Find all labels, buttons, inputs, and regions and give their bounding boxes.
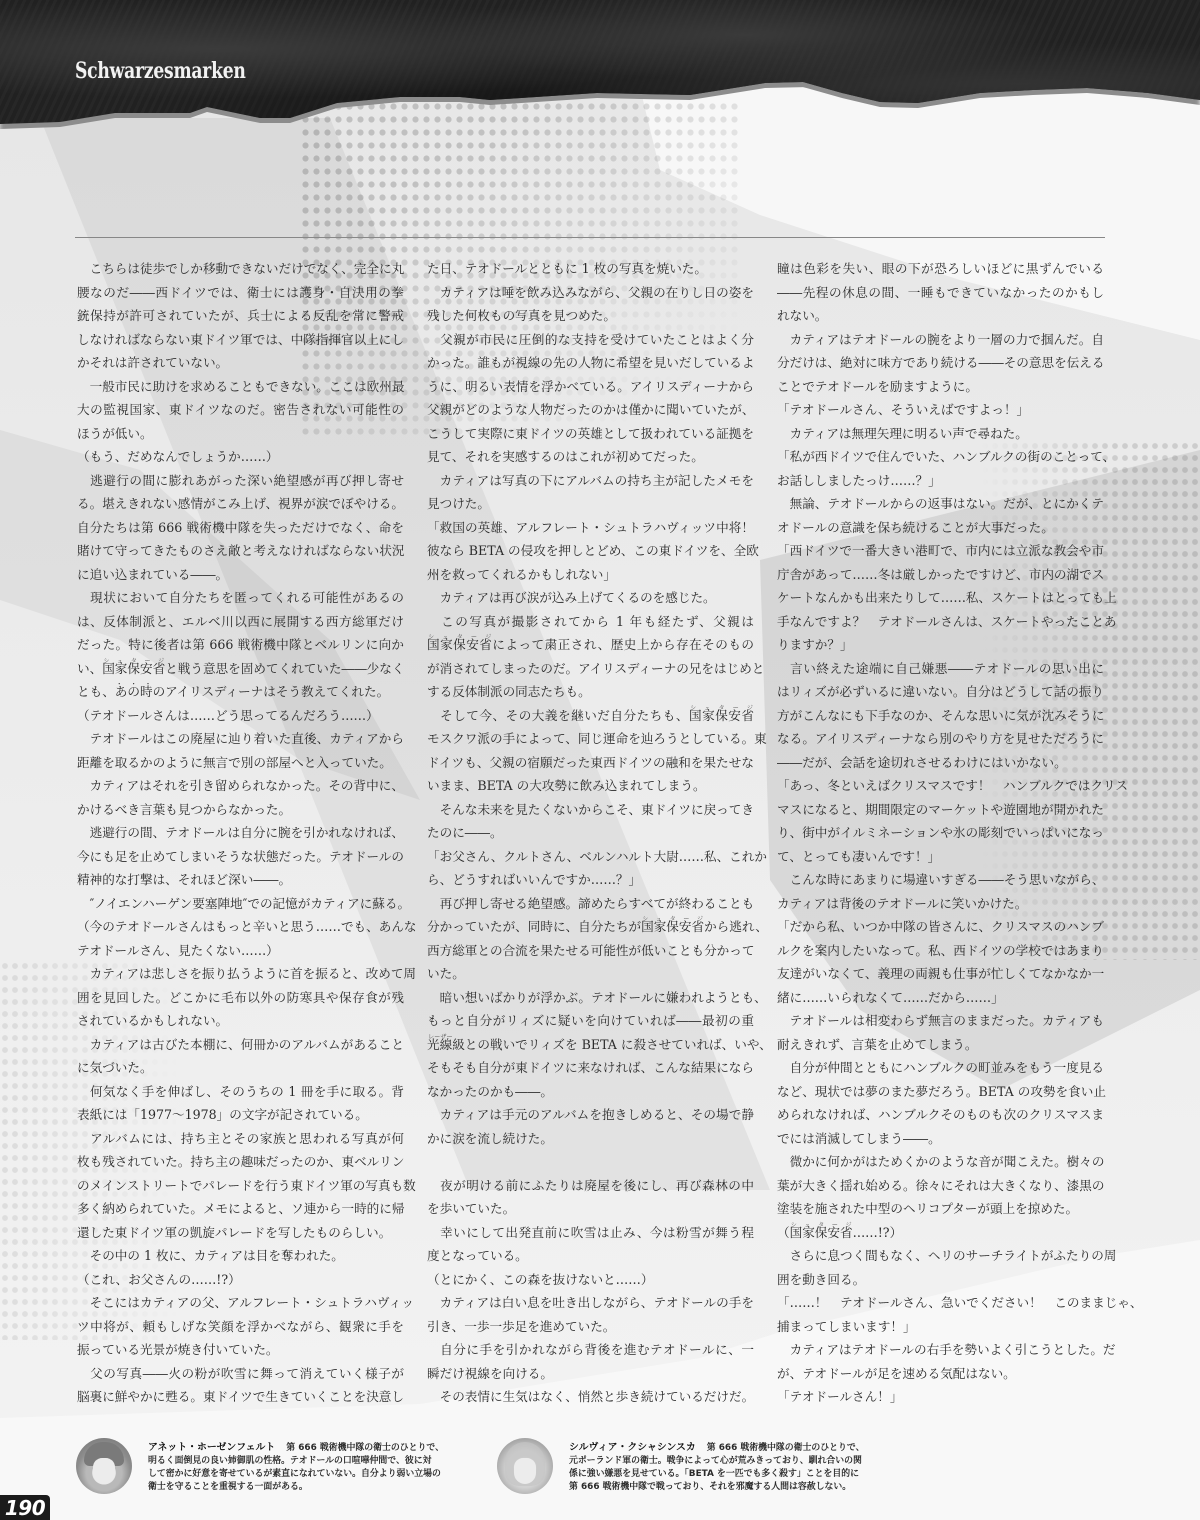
text-line: 還した東ドイツ軍の凱旋パレードを写したものらしい。	[77, 1221, 404, 1245]
profile-line: シルヴィア・クシャシンスカ第 666 戦術機中隊の衛士のひとりで、	[569, 1441, 864, 1455]
text-line: 「だから私、いつか中隊の皆さんに、クリスマスのハンブ	[777, 915, 1104, 939]
furigana: レーザー	[428, 1034, 451, 1041]
text-line: お話ししましたっけ……？」	[777, 469, 1104, 493]
text-line: のメインストリートでパレードを行う東ドイツ軍の写真も数	[77, 1174, 404, 1198]
text-line: た日、テオドールとともに 1 枚の写真を焼いた。	[427, 257, 754, 281]
series-title: Schwarzesmarken	[75, 58, 246, 84]
text-line: 友達がいなくて、義理の両親も仕事が忙しくてなかなか一	[777, 962, 1104, 986]
text-line: 父親がどのような人物だったのかは僅かに聞いていたが、	[427, 398, 754, 422]
text-line: 緒に……いられなくて……だから……」	[777, 986, 1104, 1010]
text-line: 分だけは、絶対に味方であり続ける――その意思を伝える	[777, 351, 1104, 375]
text-line: 多く納められていた。メモによると、ソ連から一時的に帰	[77, 1197, 404, 1221]
profile-description: 元ポーランド軍の衛士。戦争によって心が荒みきっており、馴れ合いの関	[569, 1455, 864, 1468]
text-line: テオドールはこの廃屋に辿り着いた直後、カティアから	[77, 727, 404, 751]
text-line: 引き、一歩一歩足を進めていた。	[427, 1315, 754, 1339]
text-line: 一般市民に助けを求めることもできない。ここは欧州最	[77, 375, 404, 399]
text-line: 残した何枚もの写真を見つめた。	[427, 304, 754, 328]
text-line: 父の写真――火の粉が吹雪に舞って消えていく様子が	[77, 1362, 404, 1386]
text-line: 幸いにして出発直前に吹雪は止み、今は粉雪が舞う程	[427, 1221, 754, 1245]
text-line: うに、明るい表情を浮かべている。アイリスディーナから	[427, 375, 754, 399]
text-line: 精神的な打撃は、それほど深い――。	[77, 868, 404, 892]
character-name: アネット・ホーゼンフェルト	[148, 1442, 275, 1453]
text-line: が、テオドールが足を速める気配はない。	[777, 1362, 1104, 1386]
text-line: に追い込まれている――。	[77, 563, 404, 587]
text-line: かけるべき言葉も見つからなかった。	[77, 798, 404, 822]
profile-description: 第 666 戦術機中隊の衛士のひとりで、	[286, 1443, 444, 1453]
text-line: 「テオドールさん、そういえばですよっ！」	[777, 398, 1104, 422]
text-line: 自分に手を引かれながら背後を進むテオドールに、一	[427, 1338, 754, 1362]
text-line: こちらは徒歩でしか移動できないだけでなく、完全に丸	[77, 257, 404, 281]
profile-description: 第 666 戦術機中隊の衛士のひとりで、	[707, 1443, 865, 1453]
header-divider	[75, 237, 1105, 238]
character-name: シルヴィア・クシャシンスカ	[569, 1442, 696, 1453]
text-line: 父親が市民に圧倒的な支持を受けていたことはよく分	[427, 328, 754, 352]
text-line: 逃避行の間に膨れあがった深い絶望感が再び押し寄せ	[77, 469, 404, 493]
profile-description: 衛士を守ることを重視する一面がある。	[148, 1481, 444, 1494]
text-line: だった。特に後者は第 666 戦術機中隊とベルリンに向か	[77, 633, 404, 657]
text-line: 囲を動き回る。	[777, 1268, 1104, 1292]
text-line: ″ノイエンハーゲン要塞陣地″での記憶がカティアに蘇る。	[77, 892, 404, 916]
text-line: 枚も残されていた。持ち主の趣味だったのか、東ベルリン	[77, 1150, 404, 1174]
text-line: オドールの意識を保ち続けることが大事だった。	[777, 516, 1104, 540]
text-line: 彼なら BETA の侵攻を押しとどめ、この東ドイツを、全欧	[427, 539, 754, 563]
text-line: カティアは唾を飲み込みながら、父親の在りし日の姿を	[427, 281, 754, 305]
text-line: もっと自分がリィズに疑いを向けていれば――最初の重	[427, 1009, 754, 1033]
text-line: なかったのかも――。	[427, 1080, 754, 1104]
text-line: 暗い想いばかりが浮かぶ。テオドールに嫌われようとも、	[427, 986, 754, 1010]
text-line: 微かに何かがはためくかのような音が聞こえた。樹々の	[777, 1150, 1104, 1174]
text-line: でには消滅してしまう――。	[777, 1127, 1104, 1151]
profile-description: 係に強い嫌悪を見せている。「BETA を一匹でも多く殺す」ことを目的に	[569, 1468, 864, 1481]
text-line: カティアはそれを引き留められなかった。その背中に、	[77, 774, 404, 798]
text-line: 表紙には「1977～1978」の文字が記されている。	[77, 1103, 404, 1127]
text-line: など、現状では夢のまた夢だろう。BETA の攻勢を食い止	[777, 1080, 1104, 1104]
text-line: 今にも足を止めてしまいそうな状態だった。テオドールの	[77, 845, 404, 869]
text-line: （とにかく、この森を抜けないと……）	[427, 1268, 754, 1292]
text-column-2: た日、テオドールとともに 1 枚の写真を焼いた。 カティアは唾を飲み込みながら、…	[427, 257, 754, 1409]
text-line: こんな時にあまりに場違いすぎる――そう思いながら、	[777, 868, 1104, 892]
text-line: する反体制派の同志たちも。	[427, 680, 754, 704]
text-line: いまま、BETA の大攻勢に飲み込まれてしまう。	[427, 774, 754, 798]
text-line: 腰なのだ――西ドイツでは、衛士には護身・自決用の拳	[77, 281, 404, 305]
portrait-face	[514, 1458, 536, 1484]
text-line: 方がこんなにも下手なのか、そんな思いに気が沈みそうに	[777, 704, 1104, 728]
emphasis-dots: ・・・	[116, 681, 152, 688]
portrait-face	[93, 1458, 115, 1484]
character-portrait	[497, 1438, 553, 1494]
profile-description: 明るく面倒見の良い姉御肌の性格。テオドールの口喧嘩仲間で、彼に対	[148, 1455, 444, 1468]
text-line: かに涙を流し続けた。	[427, 1127, 754, 1151]
text-line: 振っている光景が焼き付いていた。	[77, 1338, 404, 1362]
text-line: その中の 1 枚に、カティアは目を奪われた。	[77, 1244, 404, 1268]
text-line: そもそも自分が東ドイツに来なければ、こんな結果になら	[427, 1056, 754, 1080]
text-line: 捕まってしまいます！」	[777, 1315, 1104, 1339]
text-line: カティアは写真の下にアルバムの持ち主が記したメモを	[427, 469, 754, 493]
text-line: 度となっている。	[427, 1244, 754, 1268]
furigana: シュタージ	[428, 634, 491, 641]
text-line: しなければならない東ドイツ軍では、中隊指揮官以上にし	[77, 328, 404, 352]
text-line: かそれは許されていない。	[77, 351, 404, 375]
text-line: 夜が明ける前にふたりは廃屋を後にし、再び森林の中	[427, 1174, 754, 1198]
text-line: 脳裏に鮮やかに甦る。東ドイツで生きていくことを決意し	[77, 1385, 404, 1409]
text-line: められなければ、ハンブルクそのものも次のクリスマスま	[777, 1103, 1104, 1127]
text-line: 耐えきれず、言葉を止めてしまう。	[777, 1033, 1104, 1057]
text-line: が消されてしまったのだ。アイリスディーナの兄をはじめと	[427, 657, 754, 681]
text-line: カティアは無理矢理に明るい声で尋ねた。	[777, 422, 1104, 446]
character-profile-silvia: シルヴィア・クシャシンスカ第 666 戦術機中隊の衛士のひとりで、 元ポーランド…	[497, 1438, 897, 1498]
page-number: 190	[0, 1495, 50, 1520]
character-portrait	[76, 1438, 132, 1494]
text-line: 言い終えた途端に自己嫌悪――テオドールの思い出に	[777, 657, 1104, 681]
text-line: 自分が仲間とともにハンブルクの町並みをもう一度見る	[777, 1056, 1104, 1080]
text-line: ことでテオドールを励ますように。	[777, 375, 1104, 399]
text-line: 分かっていたが、同時に、自分たちが国家保安省から逃れ、	[427, 915, 754, 939]
text-line: 大の監視国家、東ドイツなのだ。密告されない可能性の	[77, 398, 404, 422]
text-line: 塗装を施された中型のヘリコプターが頭上を掠めた。	[777, 1197, 1104, 1221]
text-line: ほうが低い。	[77, 422, 404, 446]
text-line: カティアは再び涙が込み上げてくるのを感じた。	[427, 586, 754, 610]
text-line: 瞬だけ視線を向ける。	[427, 1362, 754, 1386]
text-line: ら、どうすればいいんですか……？」	[427, 868, 754, 892]
text-line: カティアは背後のテオドールに笑いかけた。	[777, 892, 1104, 916]
text-line: 銃保持が許可されていたが、兵士による反乱を常に警戒	[77, 304, 404, 328]
text-column-3: 瞳は色彩を失い、眼の下が恐ろしいほどに黒ずんでいる――先程の休息の間、一睡もでき…	[777, 257, 1104, 1409]
text-line: 見つけた。	[427, 492, 754, 516]
text-line: 「西ドイツで一番大きい港町で、市内には立派な教会や市	[777, 539, 1104, 563]
text-line: に気づいた。	[77, 1056, 404, 1080]
text-line: アルバムには、持ち主とその家族と思われる写真が何	[77, 1127, 404, 1151]
text-line: されているかもしれない。	[77, 1009, 404, 1033]
text-line: 「お父さん、クルトさん、ベルンハルト大尉……私、これか	[427, 845, 754, 869]
text-line: その表情に生気はなく、悄然と歩き続けているだけだ。	[427, 1385, 754, 1409]
text-column-1: こちらは徒歩でしか移動できないだけでなく、完全に丸腰なのだ――西ドイツでは、衛士…	[77, 257, 404, 1409]
furigana: シュタージ	[690, 705, 753, 712]
text-line: 庁舎があって……冬は厳しかったですけど、市内の湖でス	[777, 563, 1104, 587]
text-line: 再び押し寄せる絶望感。諦めたらすべてが終わることも	[427, 892, 754, 916]
text-line: ルクを案内したいなって。私、西ドイツの学校ではあまり	[777, 939, 1104, 963]
text-line: 「……！ テオドールさん、急いでください！ このままじゃ、	[777, 1291, 1104, 1315]
furigana: シュタージ	[103, 658, 164, 665]
text-line: モスクワ派の手によって、同じ運命を辿ろうとしている。東	[427, 727, 754, 751]
profile-text: シルヴィア・クシャシンスカ第 666 戦術機中隊の衛士のひとりで、 元ポーランド…	[569, 1441, 864, 1494]
book-page: Schwarzesmarken こちらは徒歩でしか移動できないだけでなく、完全に…	[0, 0, 1200, 1520]
text-line: カティアはテオドールの腕をより一層の力で掴んだ。自	[777, 328, 1104, 352]
text-line: りますか？」	[777, 633, 1104, 657]
profile-description: して密かに好意を寄せているが素直になれていない。自分より弱い立場の	[148, 1468, 444, 1481]
text-line: そこにはカティアの父、アルフレート・シュトラハヴィッ	[77, 1291, 404, 1315]
text-line: 自分たちは第 666 戦術機中隊を失っただけでなく、命を	[77, 516, 404, 540]
text-line: カティアは悲しさを振り払うように首を振ると、改めて周	[77, 962, 404, 986]
text-line: こうして実際に東ドイツの英雄として扱われている証拠を	[427, 422, 754, 446]
text-line: ――だが、会話を途切れさせるわけにはいかない。	[777, 751, 1104, 775]
text-line: り、街中がイルミネーションや氷の彫刻でいっぱいになっ	[777, 821, 1104, 845]
text-line: 西方総軍との合流を果たせる可能性が低いことも分かって	[427, 939, 754, 963]
text-line: （今のテオドールさんはもっと辛いと思う……でも、あんな	[77, 915, 404, 939]
text-line: テオドールは相変わらず無言のままだった。カティアも	[777, 1009, 1104, 1033]
text-line: この写真が撮影されてから 1 年も経たず、父親は	[427, 610, 754, 634]
text-line: 何気なく手を伸ばし、そのうちの 1 冊を手に取る。背	[77, 1080, 404, 1104]
text-line: テオドールさん、見たくない……）	[77, 939, 404, 963]
text-line: 「あっ、冬といえばクリスマスです！ ハンブルクではクリス	[777, 774, 1104, 798]
text-line: （もう、だめなんでしょうか……）	[77, 445, 404, 469]
text-line: カティアは白い息を吐き出しながら、テオドールの手を	[427, 1291, 754, 1315]
text-line: 「救国の英雄、アルフレート・シュトラハヴィッツ中将！	[427, 516, 754, 540]
character-profile-annette: アネット・ホーゼンフェルト第 666 戦術機中隊の衛士のひとりで、 明るく面倒見…	[76, 1438, 476, 1498]
text-line: て、とっても凄いんです！」	[777, 845, 1104, 869]
blank-line	[427, 1150, 754, 1174]
profile-line: アネット・ホーゼンフェルト第 666 戦術機中隊の衛士のひとりで、	[148, 1441, 444, 1455]
text-line: マスになると、期間限定のマーケットや遊園地が開かれた	[777, 798, 1104, 822]
profile-description: 第 666 戦術機中隊で戦っており、それを邪魔する人間は容赦しない。	[569, 1481, 864, 1494]
text-line: 無論、テオドールからの返事はない。だが、とにかくテ	[777, 492, 1104, 516]
text-line: カティアはテオドールの右手を勢いよく引こうとした。だ	[777, 1338, 1104, 1362]
text-line: ドイツも、父親の宿願だった東西ドイツの融和を果たせな	[427, 751, 754, 775]
text-line: 現状において自分たちを匿ってくれる可能性があるの	[77, 586, 404, 610]
text-line: を歩いていた。	[427, 1197, 754, 1221]
text-line: ツ中将が、頼もしげな笑顔を浮かべながら、観衆に手を	[77, 1315, 404, 1339]
text-line: かった。誰もが視線の先の人物に希望を見いだしているよ	[427, 351, 754, 375]
text-line: 「私が西ドイツで住んでいた、ハンブルクの街のことって、	[777, 445, 1104, 469]
text-line: は、反体制派と、エルベ川以西に展開する西方総軍だけ	[77, 610, 404, 634]
text-line: いた。	[427, 962, 754, 986]
text-line: る。堪えきれない感情がこみ上げ、視界が涙でぼやける。	[77, 492, 404, 516]
profile-text: アネット・ホーゼンフェルト第 666 戦術機中隊の衛士のひとりで、 明るく面倒見…	[148, 1441, 444, 1494]
text-line: ――先程の休息の間、一睡もできていなかったのかもし	[777, 281, 1104, 305]
text-line: さらに息つく間もなく、ヘリのサーチライトがふたりの周	[777, 1244, 1104, 1268]
text-line: 瞳は色彩を失い、眼の下が恐ろしいほどに黒ずんでいる	[777, 257, 1104, 281]
text-line: たのに――。	[427, 821, 754, 845]
text-line: なる。アイリスディーナなら別のやり方を見せただろうに	[777, 727, 1104, 751]
text-line: 州を救ってくれるかもしれない」	[427, 563, 754, 587]
text-line: 光線級との戦いでリィズを BETA に殺させていれば、いや、	[427, 1033, 754, 1057]
text-line: 賭けて守ってきたものさえ敵と考えなければならない状況	[77, 539, 404, 563]
text-line: （これ、お父さんの……!?）	[77, 1268, 404, 1292]
text-line: ケートなんかも出来たりして……私、スケートはとっても上	[777, 586, 1104, 610]
text-line: 見て、それを実感するのはこれが初めてだった。	[427, 445, 754, 469]
furigana: シュタージ	[791, 1222, 852, 1229]
text-line: カティアは古びた本棚に、何冊かのアルバムがあること	[77, 1033, 404, 1057]
text-line: 「テオドールさん！」	[777, 1385, 1104, 1409]
text-line: そんな未来を見たくないからこそ、東ドイツに戻ってき	[427, 798, 754, 822]
text-line: 葉が大きく揺れ始める。徐々にそれは大きくなり、漆黒の	[777, 1174, 1104, 1198]
text-line: 囲を見回した。どこかに毛布以外の防寒具や保存食が残	[77, 986, 404, 1010]
text-line: 逃避行の間、テオドールは自分に腕を引かれなければ、	[77, 821, 404, 845]
text-line: 距離を取るかのように無言で別の部屋へと入っていた。	[77, 751, 404, 775]
text-line: （テオドールさんは……どう思ってるんだろう……）	[77, 704, 404, 728]
text-line: れない。	[777, 304, 1104, 328]
furigana: シュタージ	[642, 916, 703, 923]
text-line: カティアは手元のアルバムを抱きしめると、その場で静	[427, 1103, 754, 1127]
text-line: 手なんですよ？ テオドールさんは、スケートやったことあ	[777, 610, 1104, 634]
text-line: はリィズが必ずいるに違いない。自分はどうして話の振り	[777, 680, 1104, 704]
